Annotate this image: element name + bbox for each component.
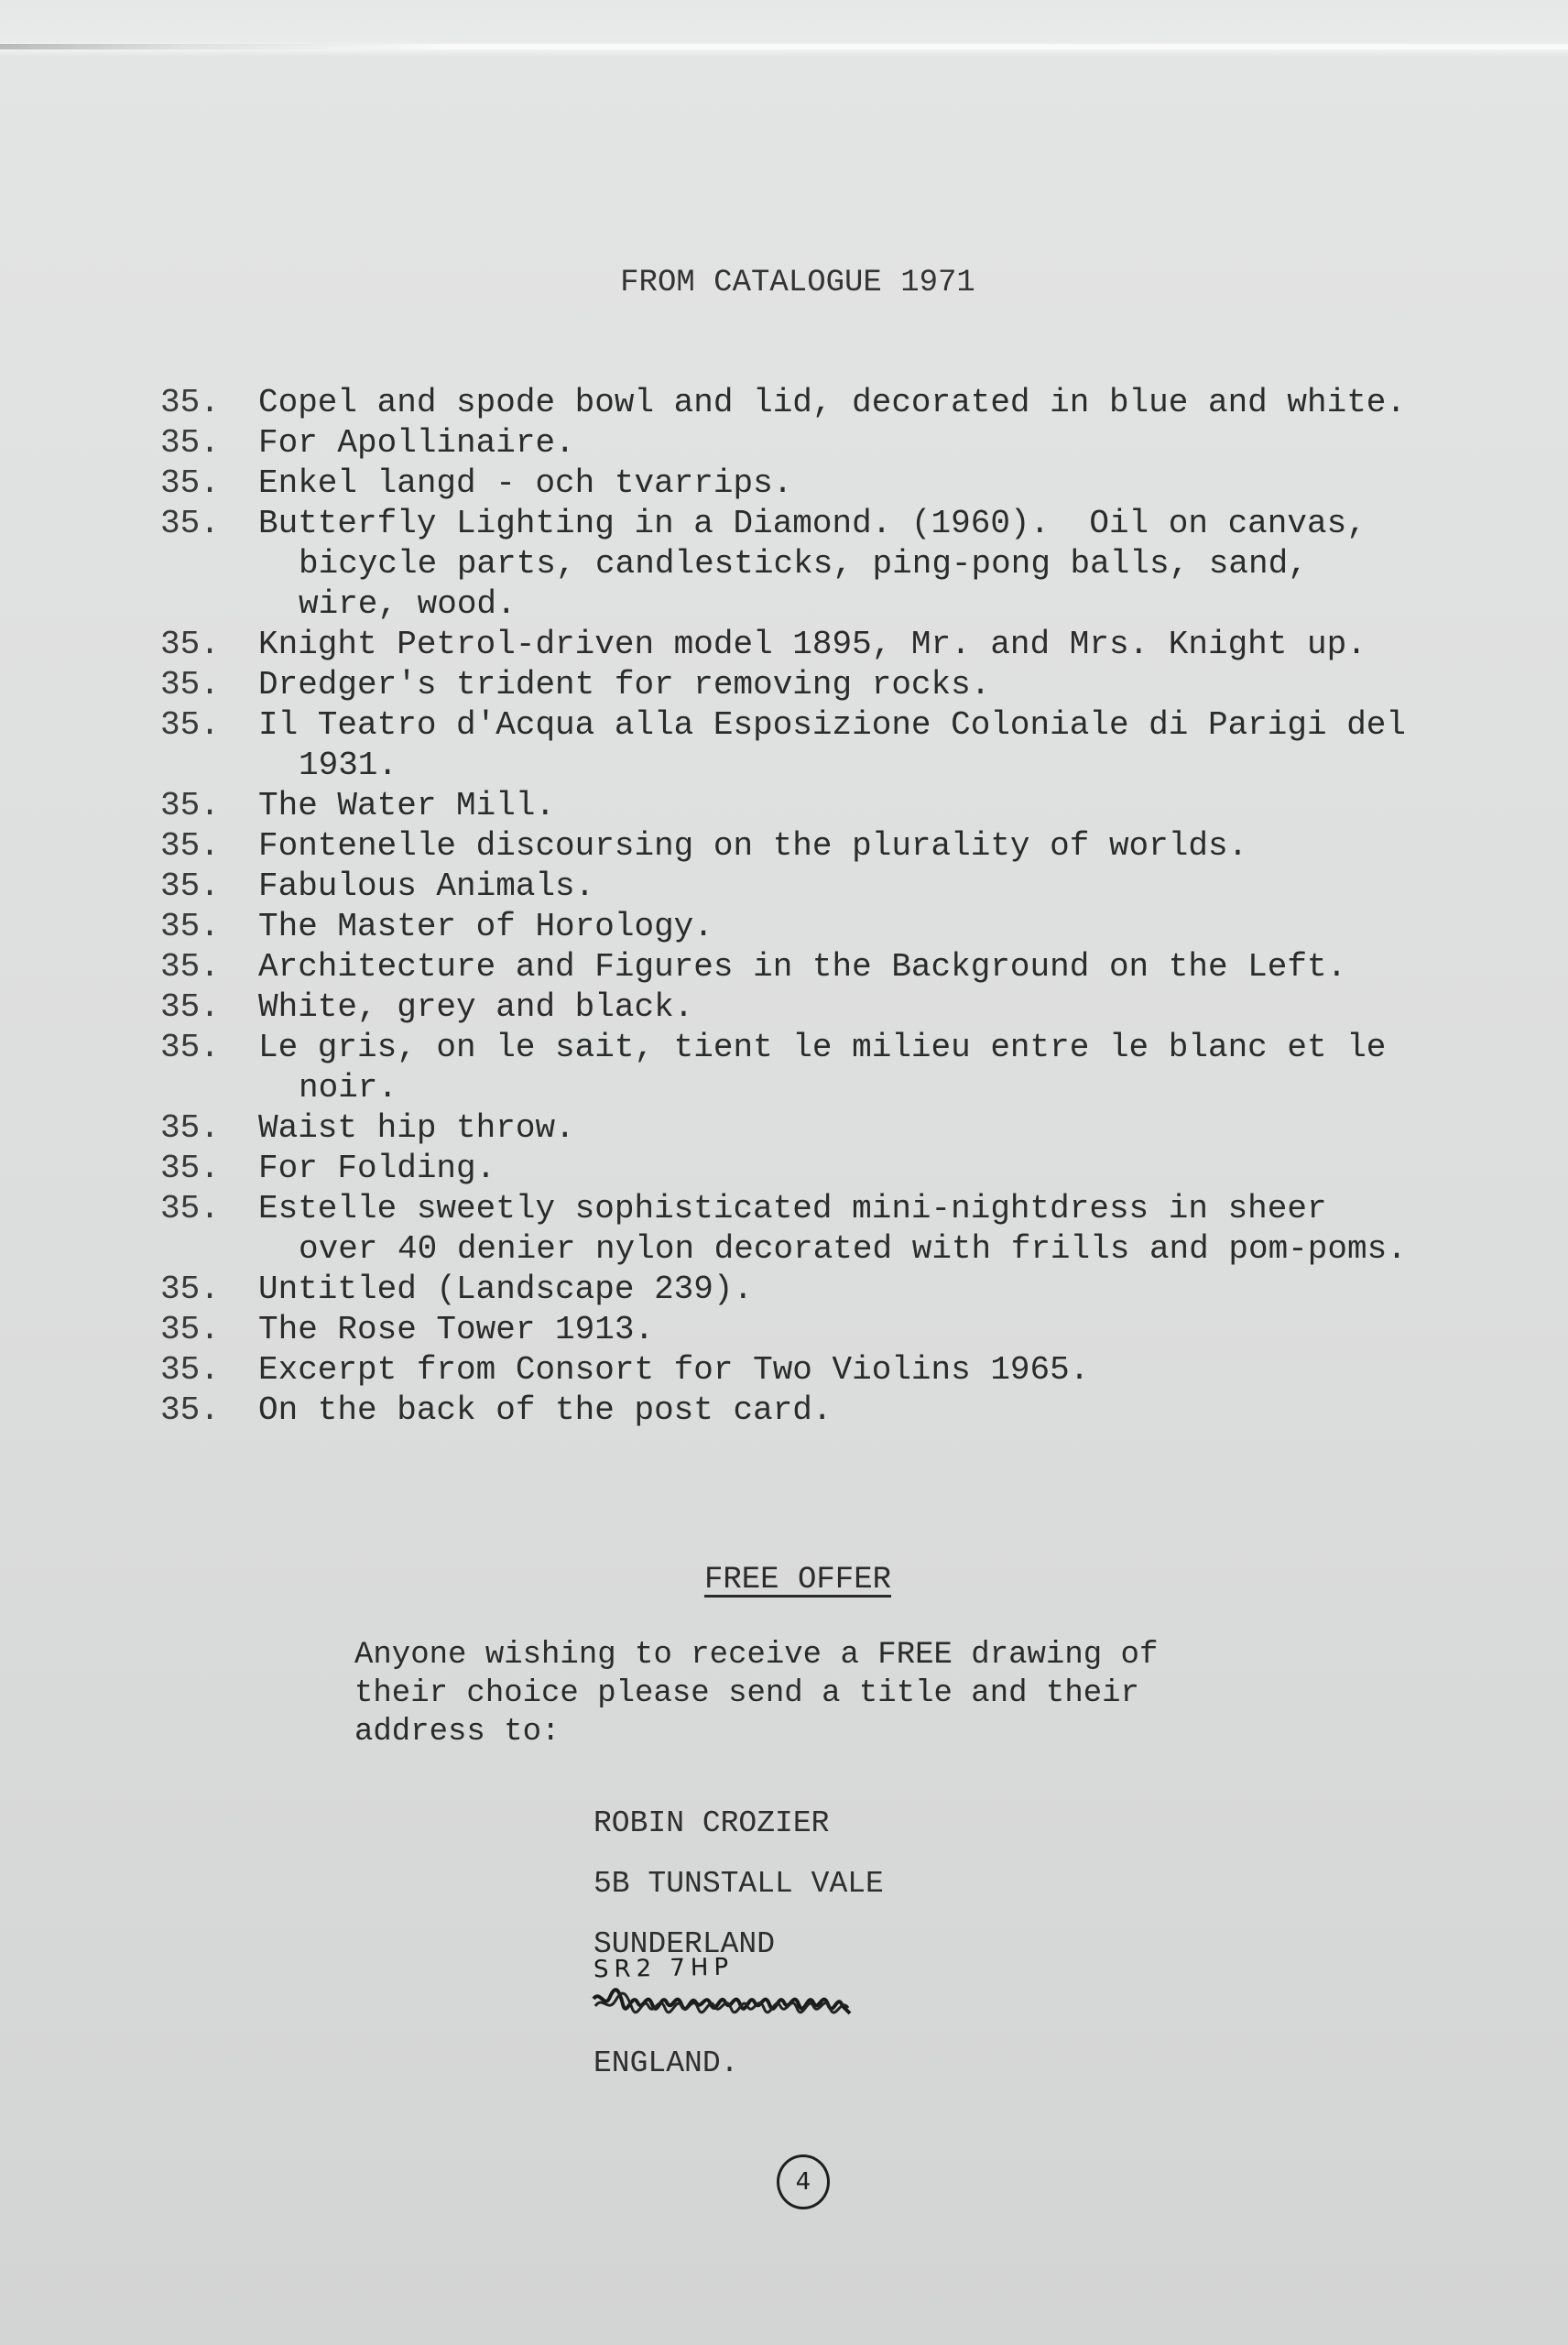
catalogue-item: 35.Butterfly Lighting in a Diamond. (196… xyxy=(160,504,1497,625)
free-offer-paragraph: Anyone wishing to receive a FREE drawing… xyxy=(354,1636,1270,1751)
catalogue-item-number: 35. xyxy=(160,383,258,423)
scribbled-out-line-icon xyxy=(592,1986,866,2019)
catalogue-item-text: Knight Petrol-driven model 1895, Mr. and… xyxy=(258,625,1497,665)
catalogue-item-text: White, grey and black. xyxy=(258,987,1497,1028)
document-title: FROM CATALOGUE 1971 xyxy=(0,266,1568,300)
catalogue-item-number: 35. xyxy=(160,987,258,1028)
catalogue-item-text: On the back of the post card. xyxy=(258,1391,1497,1431)
address-name: ROBIN CROZIER xyxy=(593,1806,829,1840)
catalogue-item-line: Le gris, on le sait, tient le milieu ent… xyxy=(258,1029,1386,1066)
catalogue-item-line: The Master of Horology. xyxy=(258,908,713,945)
catalogue-item-continuation: wire, wood. xyxy=(258,584,1497,625)
catalogue-item-text: Fontenelle discoursing on the plurality … xyxy=(258,826,1497,867)
address-street: 5B TUNSTALL VALE xyxy=(593,1867,884,1901)
page-number: 4 xyxy=(796,2168,811,2196)
catalogue-item-text: Copel and spode bowl and lid, decorated … xyxy=(258,383,1497,423)
catalogue-item-text: The Water Mill. xyxy=(258,786,1497,826)
catalogue-item: 35.Fontenelle discoursing on the plurali… xyxy=(160,826,1497,867)
catalogue-item-number: 35. xyxy=(160,464,258,504)
catalogue-item: 35.Estelle sweetly sophisticated mini-ni… xyxy=(160,1189,1497,1270)
catalogue-item: 35.For Folding. xyxy=(160,1149,1497,1189)
catalogue-item-number: 35. xyxy=(160,947,258,987)
free-offer-heading: FREE OFFER xyxy=(0,1563,1568,1598)
free-offer-paragraph-line: their choice please send a title and the… xyxy=(354,1674,1270,1713)
catalogue-item-line: Fabulous Animals. xyxy=(258,867,594,905)
catalogue-item-line: Enkel langd - och tvarrips. xyxy=(258,464,792,502)
catalogue-list: 35.Copel and spode bowl and lid, decorat… xyxy=(160,383,1497,1431)
catalogue-item: 35.Dredger's trident for removing rocks. xyxy=(160,665,1497,705)
catalogue-item-text: Le gris, on le sait, tient le milieu ent… xyxy=(258,1028,1497,1108)
catalogue-item-number: 35. xyxy=(160,1350,258,1391)
catalogue-item: 35.Untitled (Landscape 239). xyxy=(160,1270,1497,1310)
catalogue-item-number: 35. xyxy=(160,1189,258,1270)
handwritten-postcode: SR2 7HP xyxy=(593,1954,735,1984)
catalogue-item-number: 35. xyxy=(160,907,258,947)
catalogue-item: 35.Architecture and Figures in the Backg… xyxy=(160,947,1497,987)
catalogue-item-number: 35. xyxy=(160,1028,258,1108)
catalogue-item-line: Dredger's trident for removing rocks. xyxy=(258,666,990,703)
catalogue-item: 35.Excerpt from Consort for Two Violins … xyxy=(160,1350,1497,1391)
catalogue-item-continuation: over 40 denier nylon decorated with fril… xyxy=(258,1229,1497,1270)
catalogue-item: 35.Enkel langd - och tvarrips. xyxy=(160,464,1497,504)
catalogue-item: 35.Copel and spode bowl and lid, decorat… xyxy=(160,383,1497,423)
catalogue-item: 35.The Master of Horology. xyxy=(160,907,1497,947)
catalogue-item-text: For Folding. xyxy=(258,1149,1497,1189)
catalogue-item-number: 35. xyxy=(160,826,258,867)
catalogue-item-text: Butterfly Lighting in a Diamond. (1960).… xyxy=(258,504,1497,625)
catalogue-item-line: Butterfly Lighting in a Diamond. (1960).… xyxy=(258,505,1367,542)
catalogue-item-text: For Apollinaire. xyxy=(258,423,1497,464)
catalogue-item-number: 35. xyxy=(160,625,258,665)
catalogue-item-text: Dredger's trident for removing rocks. xyxy=(258,665,1497,705)
paper-page: FROM CATALOGUE 1971 35.Copel and spode b… xyxy=(0,0,1568,2345)
catalogue-item-number: 35. xyxy=(160,867,258,907)
catalogue-item: 35.Knight Petrol-driven model 1895, Mr. … xyxy=(160,625,1497,665)
catalogue-item-line: Il Teatro d'Acqua alla Esposizione Colon… xyxy=(258,706,1406,744)
catalogue-item-number: 35. xyxy=(160,1391,258,1431)
catalogue-item-line: On the back of the post card. xyxy=(258,1391,833,1429)
catalogue-item-number: 35. xyxy=(160,705,258,786)
catalogue-item-text: Untitled (Landscape 239). xyxy=(258,1270,1497,1310)
catalogue-item-line: For Folding. xyxy=(258,1150,495,1187)
catalogue-item-number: 35. xyxy=(160,1149,258,1189)
catalogue-item-line: Copel and spode bowl and lid, decorated … xyxy=(258,384,1406,421)
catalogue-item-text: Estelle sweetly sophisticated mini-night… xyxy=(258,1189,1497,1270)
catalogue-item-line: Waist hip throw. xyxy=(258,1109,575,1147)
catalogue-item-continuation: noir. xyxy=(258,1068,1497,1108)
catalogue-item-text: Fabulous Animals. xyxy=(258,867,1497,907)
catalogue-item-number: 35. xyxy=(160,786,258,826)
catalogue-item-line: The Rose Tower 1913. xyxy=(258,1311,654,1348)
paper-fold-edge xyxy=(0,44,1568,49)
catalogue-item-number: 35. xyxy=(160,1270,258,1310)
free-offer-paragraph-line: address to: xyxy=(354,1713,1270,1751)
catalogue-item: 35.The Rose Tower 1913. xyxy=(160,1310,1497,1350)
catalogue-item-text: Excerpt from Consort for Two Violins 196… xyxy=(258,1350,1497,1391)
catalogue-item-line: Fontenelle discoursing on the plurality … xyxy=(258,827,1247,865)
catalogue-item-text: Waist hip throw. xyxy=(258,1108,1497,1149)
catalogue-item-number: 35. xyxy=(160,423,258,464)
free-offer-heading-text: FREE OFFER xyxy=(704,1563,891,1598)
catalogue-item-number: 35. xyxy=(160,504,258,625)
catalogue-item: 35.Fabulous Animals. xyxy=(160,867,1497,907)
catalogue-item-text: Architecture and Figures in the Backgrou… xyxy=(258,947,1497,987)
catalogue-item-line: For Apollinaire. xyxy=(258,424,575,462)
catalogue-item-number: 35. xyxy=(160,1108,258,1149)
catalogue-item-line: Knight Petrol-driven model 1895, Mr. and… xyxy=(258,626,1367,663)
catalogue-item-line: Estelle sweetly sophisticated mini-night… xyxy=(258,1190,1327,1227)
catalogue-item-number: 35. xyxy=(160,1310,258,1350)
free-offer-paragraph-line: Anyone wishing to receive a FREE drawing… xyxy=(354,1636,1270,1674)
catalogue-item: 35.On the back of the post card. xyxy=(160,1391,1497,1431)
catalogue-item-number: 35. xyxy=(160,665,258,705)
catalogue-item-text: The Rose Tower 1913. xyxy=(258,1310,1497,1350)
address-country: ENGLAND. xyxy=(593,2046,738,2080)
catalogue-item: 35.Le gris, on le sait, tient le milieu … xyxy=(160,1028,1497,1108)
catalogue-item-line: The Water Mill. xyxy=(258,787,555,824)
catalogue-item-text: Il Teatro d'Acqua alla Esposizione Colon… xyxy=(258,705,1497,786)
catalogue-item-line: Excerpt from Consort for Two Violins 196… xyxy=(258,1351,1089,1389)
catalogue-item-line: Untitled (Landscape 239). xyxy=(258,1271,753,1308)
catalogue-item: 35.Il Teatro d'Acqua alla Esposizione Co… xyxy=(160,705,1497,786)
catalogue-item-continuation: 1931. xyxy=(258,746,1497,786)
catalogue-item: 35.The Water Mill. xyxy=(160,786,1497,826)
page-number-circle: 4 xyxy=(777,2154,830,2209)
catalogue-item-continuation: bicycle parts, candlesticks, ping-pong b… xyxy=(258,544,1497,584)
catalogue-item: 35.For Apollinaire. xyxy=(160,423,1497,464)
catalogue-item-line: Architecture and Figures in the Backgrou… xyxy=(258,948,1346,986)
catalogue-item: 35.White, grey and black. xyxy=(160,987,1497,1028)
catalogue-item-line: White, grey and black. xyxy=(258,988,693,1026)
catalogue-item: 35.Waist hip throw. xyxy=(160,1108,1497,1149)
catalogue-item-text: Enkel langd - och tvarrips. xyxy=(258,464,1497,504)
catalogue-item-text: The Master of Horology. xyxy=(258,907,1497,947)
